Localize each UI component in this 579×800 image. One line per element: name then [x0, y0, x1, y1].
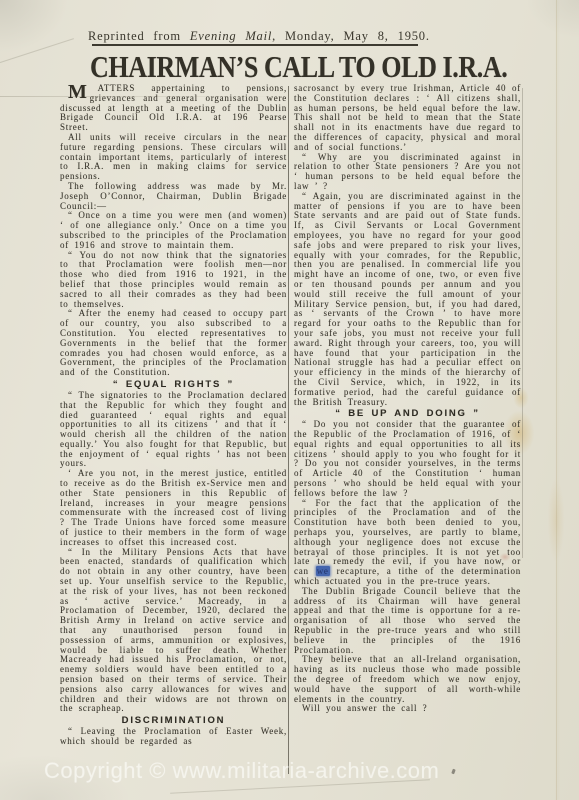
- copyright-watermark: Copyright © www.militaria-archive.com: [44, 758, 439, 784]
- article-paragraph: “ Once on a time you were men (and women…: [60, 211, 287, 250]
- article-paragraph: “ After the enemy had ceased to occupy p…: [60, 309, 287, 378]
- article-paragraph: The Dublin Brigade Council believe that …: [294, 587, 521, 656]
- article-paragraph: They believe that an all-Ireland organis…: [294, 655, 521, 704]
- section-heading: “ EQUAL RIGHTS ”: [60, 380, 287, 390]
- vertical-crease: [556, 0, 557, 800]
- masthead-source: Evening Mail: [190, 29, 272, 43]
- article-paragraph: “ Do you not consider that the guarantee…: [294, 420, 521, 498]
- masthead-prefix: Reprinted from: [88, 29, 181, 43]
- right-column: sacrosanct by every true Irishman, Artic…: [294, 84, 521, 747]
- article-paragraph: All units will receive circulars in the …: [60, 133, 287, 182]
- ink-mark: we: [316, 566, 330, 576]
- masthead-rule: [92, 44, 418, 46]
- article-paragraph: “ Leaving the Proclamation of Easter Wee…: [60, 727, 287, 747]
- article-paragraph: “ For the fact that the application of t…: [294, 499, 521, 587]
- drop-cap: M: [60, 84, 90, 100]
- masthead: Reprinted from Evening Mail, Monday, May…: [88, 29, 418, 44]
- right-edge-rule: [522, 88, 523, 558]
- paper-speck: [451, 769, 456, 775]
- article-paragraph: sacrosanct by every true Irishman, Artic…: [294, 84, 521, 153]
- column-divider-rule: [288, 86, 289, 774]
- article-paragraph: MATTERS appertaining to pensions, grieva…: [60, 84, 287, 133]
- article-paragraph: “ You do not now think that the signator…: [60, 251, 287, 310]
- section-heading: DISCRIMINATION: [60, 716, 287, 726]
- left-column: MATTERS appertaining to pensions, grieva…: [60, 84, 287, 747]
- article-paragraph: “ The signatories to the Proclamation de…: [60, 391, 287, 469]
- section-heading: “ BE UP AND DOING ”: [294, 409, 521, 419]
- article-paragraph: “ Why are you discriminated against in r…: [294, 153, 521, 192]
- corner-crease: [0, 38, 74, 67]
- article-paragraph: “ Again, you are discriminated against i…: [294, 192, 521, 408]
- article-paragraph: ‘ Are you not, in the merest justice, en…: [60, 469, 287, 547]
- article-paragraph: The following address was made by Mr. Jo…: [60, 182, 287, 211]
- page-title: CHAIRMAN’S CALL TO OLD I.R.A.: [90, 49, 507, 85]
- article-body: MATTERS appertaining to pensions, grieva…: [60, 84, 521, 747]
- article-paragraph: “ In the Military Pensions Acts that hav…: [60, 548, 287, 715]
- article-paragraph: Will you answer the call ?: [294, 704, 521, 714]
- masthead-suffix: , Monday, May 8, 1950.: [272, 29, 430, 43]
- newspaper-clipping-page: Reprinted from Evening Mail, Monday, May…: [0, 0, 579, 800]
